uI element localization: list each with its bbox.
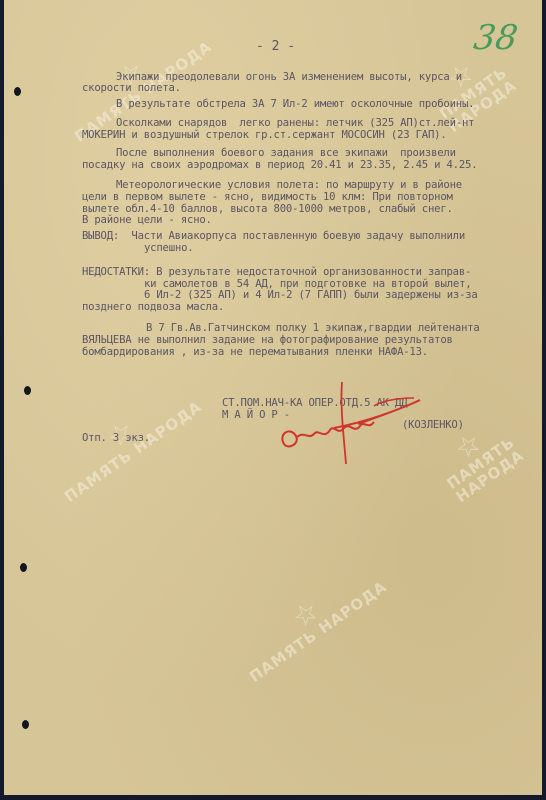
punch-hole <box>24 386 31 395</box>
text-line: 6 Ил-2 (325 АП) и 4 Ил-2 (7 ГАПП) были з… <box>144 289 478 301</box>
text-line: ВЫВОД: Части Авиакорпуса поставленную бо… <box>82 230 465 242</box>
text-line: МОКЕРИН и воздушный стрелок гр.ст.сержан… <box>82 129 447 141</box>
page-number: - 2 - <box>256 39 295 54</box>
watermark: ☆ПАМЯТЬ НАРОДА <box>232 557 390 685</box>
text-line: бомбардирования , из-за не перематывания… <box>82 346 428 358</box>
text-line: Осколками снарядов легко ранены: летчик … <box>116 117 474 129</box>
text-line: позднего подвоза масла. <box>82 301 224 313</box>
punch-hole <box>20 563 27 572</box>
text-line: Метеорологические условия полета: по мар… <box>116 179 462 191</box>
text-line: ВЯЛЬЦЕВА не выполнил задание на фотограф… <box>82 334 453 346</box>
text-line: В 7 Гв.Ав.Гатчинском полку 1 экипаж,гвар… <box>146 322 480 334</box>
copies-note: Отп. 3 экз. <box>82 432 150 444</box>
punch-hole <box>14 87 21 96</box>
text-line: цели в первом вылете - ясно, видимость 1… <box>82 191 453 203</box>
text-line: В результате обстрела ЗА 7 Ил-2 имеют ос… <box>116 98 474 110</box>
text-line: В районе цели - ясно. <box>82 214 212 226</box>
sheet-number: 38 <box>471 18 520 58</box>
text-line: скорости полета. <box>82 82 181 94</box>
text-line: НЕДОСТАТКИ: В результате недостаточной о… <box>82 266 471 278</box>
punch-hole <box>22 720 29 729</box>
handwritten-signature-icon <box>274 378 444 468</box>
text-line: посадку на своих аэродромах в период 20.… <box>82 159 477 171</box>
text-line: После выполнения боевого задания все эки… <box>116 147 456 159</box>
text-line: успешно. <box>144 242 193 254</box>
document-page: ☆ПАМЯТЬ НАРОДА ☆ПАМЯТЬ НАРОДА ☆ПАМЯТЬ НА… <box>4 0 542 795</box>
